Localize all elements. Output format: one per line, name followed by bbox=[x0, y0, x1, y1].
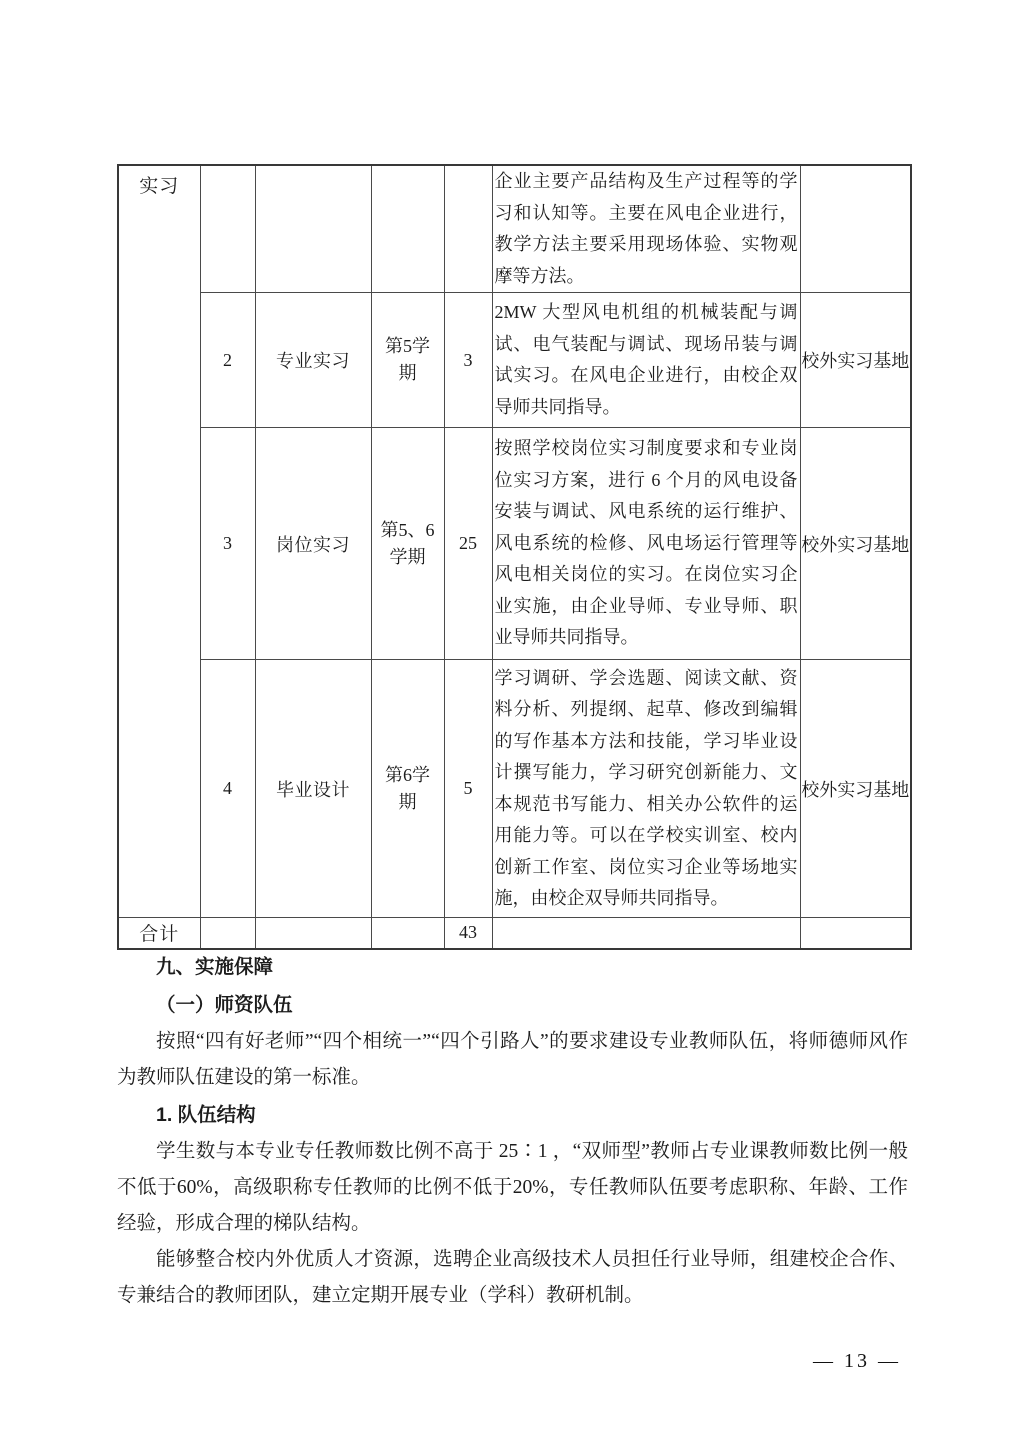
total-label-cell: 合计 bbox=[118, 918, 200, 949]
internship-plan-table: 实习 企业主要产品结构及生产过程等的学习和认知等。主要在风电企业进行，教学方法主… bbox=[117, 164, 912, 950]
description-cell: 按照学校岗位实习制度要求和专业岗位实习方案，进行 6 个月的风电设备安装与调试、… bbox=[492, 428, 800, 660]
weeks-cell: 3 bbox=[444, 293, 492, 428]
subsection-heading-teaching-staff: （一）师资队伍 bbox=[117, 986, 908, 1024]
table-row-graduation-design: 4 毕业设计 第6学期 5 学习调研、学会选题、阅读文献、资料分析、列提纲、起草… bbox=[118, 660, 911, 918]
semester-cell bbox=[371, 165, 444, 293]
weeks-cell: 25 bbox=[444, 428, 492, 660]
empty-cell bbox=[255, 918, 371, 949]
weeks-cell bbox=[444, 165, 492, 293]
item-heading-team-structure: 1. 队伍结构 bbox=[117, 1096, 908, 1134]
paragraph-talent-integration: 能够整合校内外优质人才资源，选聘企业高级技术人员担任行业导师，组建校企合作、专兼… bbox=[117, 1242, 908, 1314]
description-cell: 2MW 大型风电机组的机械装配与调试、电气装配与调试、现场吊装与调试实习。在风电… bbox=[492, 293, 800, 428]
table-row-continued: 实习 企业主要产品结构及生产过程等的学习和认知等。主要在风电企业进行，教学方法主… bbox=[118, 165, 911, 293]
body-text: 九、实施保障 （一）师资队伍 按照“四有好老师”“四个相统一”“四个引路人”的要… bbox=[117, 948, 908, 1314]
empty-cell bbox=[200, 918, 255, 949]
location-cell bbox=[800, 165, 911, 293]
semester-cell: 第6学期 bbox=[371, 660, 444, 918]
paragraph-teacher-requirements: 按照“四有好老师”“四个相统一”“四个引路人”的要求建设专业教师队伍，将师德师风… bbox=[117, 1024, 908, 1096]
total-weeks-cell: 43 bbox=[444, 918, 492, 949]
weeks-cell: 5 bbox=[444, 660, 492, 918]
description-cell: 企业主要产品结构及生产过程等的学习和认知等。主要在风电企业进行，教学方法主要采用… bbox=[492, 165, 800, 293]
location-cell: 校外实习基地 bbox=[800, 428, 911, 660]
course-name-cell bbox=[255, 165, 371, 293]
location-cell: 校外实习基地 bbox=[800, 293, 911, 428]
course-name-cell: 岗位实习 bbox=[255, 428, 371, 660]
empty-cell bbox=[800, 918, 911, 949]
row-number-cell: 4 bbox=[200, 660, 255, 918]
table-row-total: 合计 43 bbox=[118, 918, 911, 949]
semester-cell: 第5、6学期 bbox=[371, 428, 444, 660]
semester-cell: 第5学期 bbox=[371, 293, 444, 428]
row-number-cell: 3 bbox=[200, 428, 255, 660]
paragraph-ratio-requirements: 学生数与本专业专任教师数比例不高于 25∶1 ，“双师型”教师占专业课教师数比例… bbox=[117, 1134, 908, 1242]
course-name-cell: 毕业设计 bbox=[255, 660, 371, 918]
section-heading-implementation-support: 九、实施保障 bbox=[117, 948, 908, 986]
row-number-cell bbox=[200, 165, 255, 293]
document-page: 实习 企业主要产品结构及生产过程等的学习和认知等。主要在风电企业进行，教学方法主… bbox=[0, 0, 1024, 1448]
row-number-cell: 2 bbox=[200, 293, 255, 428]
empty-cell bbox=[492, 918, 800, 949]
description-cell: 学习调研、学会选题、阅读文献、资料分析、列提纲、起草、修改到编辑的写作基本方法和… bbox=[492, 660, 800, 918]
table-row-post-practice: 3 岗位实习 第5、6学期 25 按照学校岗位实习制度要求和专业岗位实习方案，进… bbox=[118, 428, 911, 660]
empty-cell bbox=[371, 918, 444, 949]
page-number: — 13 — bbox=[813, 1350, 901, 1373]
category-cell-practice: 实习 bbox=[118, 165, 200, 918]
location-cell: 校外实习基地 bbox=[800, 660, 911, 918]
table-row-professional-practice: 2 专业实习 第5学期 3 2MW 大型风电机组的机械装配与调试、电气装配与调试… bbox=[118, 293, 911, 428]
course-name-cell: 专业实习 bbox=[255, 293, 371, 428]
